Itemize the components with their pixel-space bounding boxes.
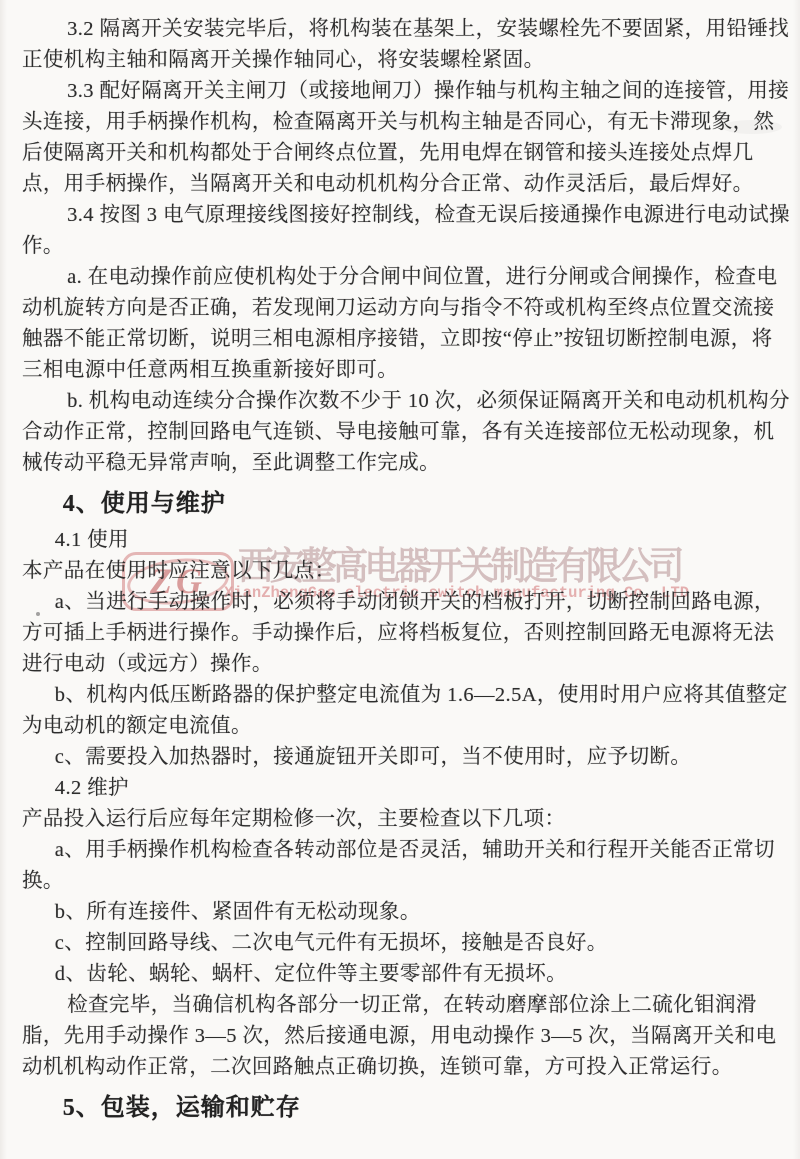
paragraph-4-2-item-d: d、齿轮、蜗轮、蜗杆、定位件等主要零部件有无损坏。 [22,959,790,990]
paragraph-4-1-item-c: c、需要投入加热器时，接通旋钮开关即可，当不使用时，应予切断。 [22,742,790,773]
section-heading-5: 5、包装，运输和贮存 [22,1089,790,1127]
paragraph-4-2-intro: 产品投入运行后应每年定期检修一次，主要检查以下几项： [22,804,790,835]
section-heading-4: 4、使用与维护 [22,485,790,523]
paragraph-3-4-item-a: a. 在电动操作前应使机构处于分合闸中间位置，进行分闸或合闸操作，检查电动机旋转… [22,262,790,386]
paragraph-3-4-item-b: b. 机构电动连续分合操作次数不少于 10 次，必须保证隔离开关和电动机机构分合… [22,386,790,479]
paragraph-4-2-item-b: b、所有连接件、紧固件有无松动现象。 [22,897,790,928]
paragraph-3-3: 3.3 配好隔离开关主闸刀（或接地闸刀）操作轴与机构主轴之间的连接管，用接头连接… [22,76,790,200]
paragraph-3-4: 3.4 按图 3 电气原理接线图接好控制线，检查无误后接通操作电源进行电动试操作… [22,200,790,262]
paragraph-4-2-closing: 检查完毕，当确信机构各部分一切正常，在转动磨摩部位涂上二硫化钼润滑脂，先用手动操… [22,990,790,1083]
paragraph-4-2-item-a: a、用手柄操作机构检查各转动部位是否灵活，辅助开关和行程开关能否正常切换。 [22,835,790,897]
paragraph-4-1-item-b: b、机构内低压断路器的保护整定电流值为 1.6—2.5A，使用时用户应将其值整定… [22,680,790,742]
paragraph-4-1-intro: 本产品在使用时应注意以下几点： [22,556,790,587]
subsection-4-2: 4.2 维护 [22,773,790,804]
paragraph-4-1-item-a: a、当进行手动操作时，必须将手动闭锁开关的档板打开，切断控制回路电源，方可插上手… [22,587,790,680]
paragraph-4-2-item-c: c、控制回路导线、二次电气元件有无损坏，接触是否良好。 [22,928,790,959]
document-body: 3.2 隔离开关安装完毕后，将机构装在基架上，安装螺栓先不要固紧，用铅锤找正使机… [0,0,800,1159]
subsection-4-1: 4.1 使用 [22,525,790,556]
document-page: ZG 西安整高电器开关制造有限公司 XianZhengGao electric … [0,0,800,1159]
paragraph-3-2: 3.2 隔离开关安装完毕后，将机构装在基架上，安装螺栓先不要固紧，用铅锤找正使机… [22,14,790,76]
